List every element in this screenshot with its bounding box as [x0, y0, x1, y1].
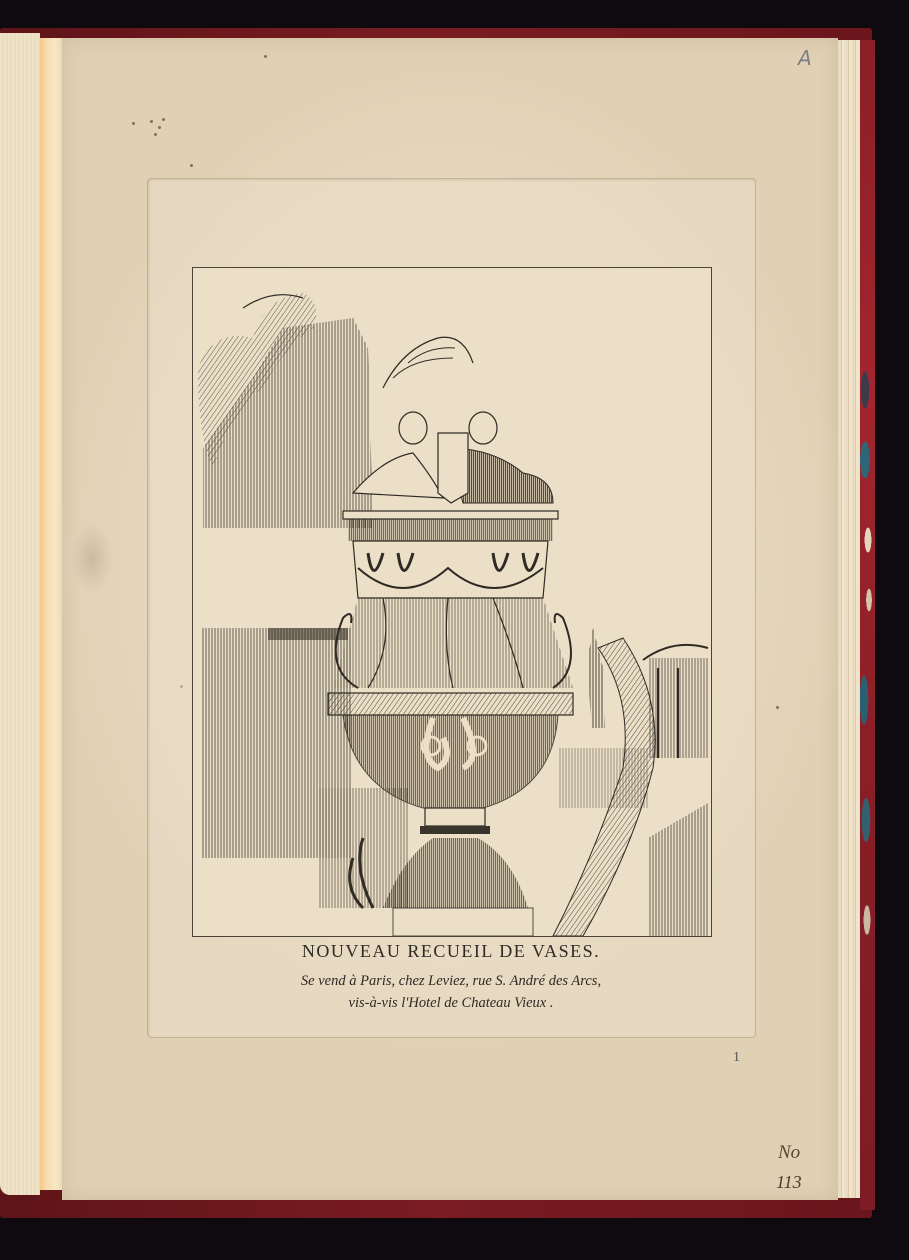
engraving-illustration	[192, 267, 712, 937]
ink-annotation-number: 113	[776, 1172, 802, 1193]
pencil-annotation-a: A	[798, 46, 812, 70]
ink-annotation-no: No	[778, 1142, 800, 1164]
page-edges-stack	[838, 40, 860, 1198]
left-facing-page	[0, 33, 40, 1195]
pencil-tick-mark: 1	[733, 1050, 740, 1066]
foxing-spot	[154, 133, 157, 136]
gutter-guard-strip	[40, 38, 62, 1190]
plate-title: NOUVEAU RECUEIL DE VASES.	[192, 941, 710, 962]
book-scan: NOUVEAU RECUEIL DE VASES. Se vend à Pari…	[0, 0, 909, 1260]
foxing-spot	[190, 164, 193, 167]
imprint-line-2: vis-à-vis l'Hotel de Chateau Vieux .	[192, 995, 710, 1012]
foxing-spot	[132, 122, 135, 125]
foxing-spot	[264, 55, 267, 58]
marbled-endpaper-edge	[860, 40, 875, 1210]
vase-engraving-icon	[193, 268, 711, 936]
foxing-spot	[776, 706, 779, 709]
foxing-spot	[150, 120, 153, 123]
imprint-line-1: Se vend à Paris, chez Leviez, rue S. And…	[192, 973, 710, 990]
foxing-spot	[162, 118, 165, 121]
foxing-spot	[158, 126, 161, 129]
